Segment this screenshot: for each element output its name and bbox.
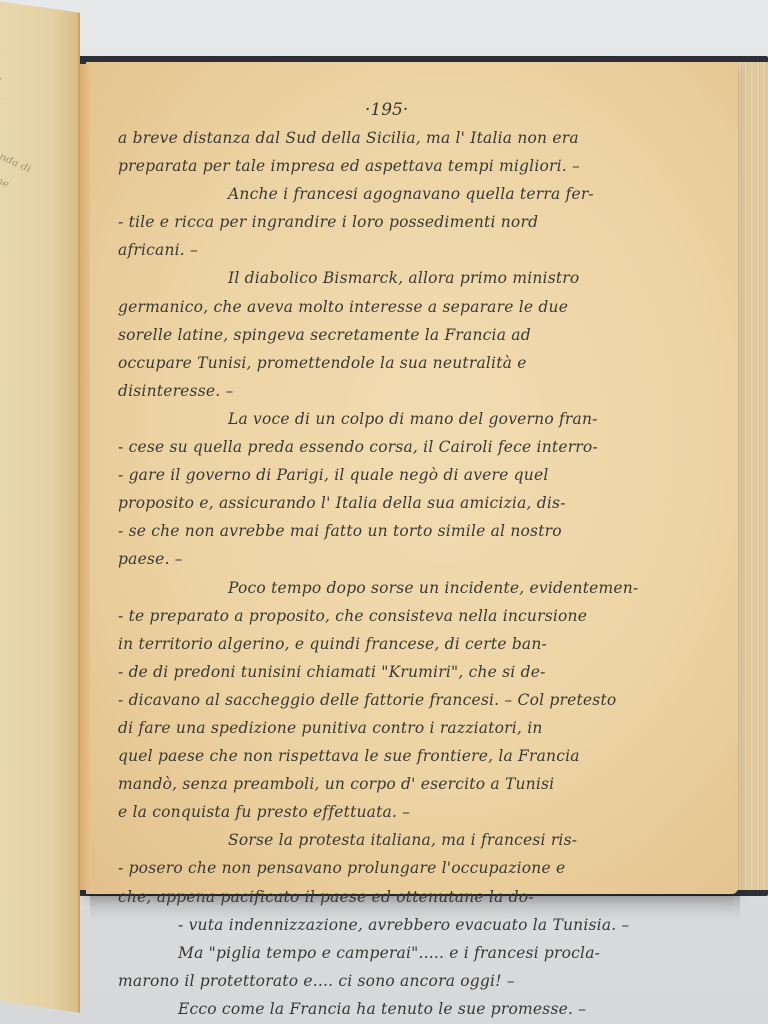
text-line: africani. – [118,236,718,264]
text-line: Ma "piglia tempo e camperai"..... e i fr… [118,939,718,967]
text-line: sorelle latine, spingeva secretamente la… [118,321,718,349]
page-stack-edge [735,62,768,890]
text-line: marono il protettorato e.... ci sono anc… [118,967,718,995]
text-line: - de di predoni tunisini chiamati "Krumi… [118,658,718,686]
text-line: preparata per tale impresa ed aspettava … [118,152,718,180]
text-line: Ecco come la Francia ha tenuto le sue pr… [118,995,718,1023]
text-line: - cese su quella preda essendo corsa, il… [118,433,718,461]
text-line: - tile e ricca per ingrandire i loro pos… [118,208,718,236]
text-line: - se che non avrebbe mai fatto un torto … [118,517,718,545]
text-line: - te preparato a proposito, che consiste… [118,602,718,630]
text-line: a breve distanza dal Sud della Sicilia, … [118,124,718,152]
left-page-text: di una unità il in un banda di dell'Unio… [0,41,66,271]
text-line: paese. – [118,545,718,573]
text-line: mandò, senza preamboli, un corpo d' eser… [118,770,718,798]
text-line: in territorio algerino, e quindi frances… [118,630,718,658]
text-line: - vuta indennizzazione, avrebbero evacua… [118,911,718,939]
text-line: di fare una spedizione punitiva contro i… [118,714,718,742]
text-line: disinteresse. – [118,377,718,405]
text-line: proposito e, assicurando l' Italia della… [118,489,718,517]
text-line: quel paese che non rispettava le sue fro… [118,742,718,770]
page-number: ·195· [365,100,408,120]
text-line: occupare Tunisi, promettendole la sua ne… [118,349,718,377]
text-line: Sorse la protesta italiana, ma i frances… [118,826,718,854]
text-line: - gare il governo di Parigi, il quale ne… [118,461,718,489]
text-line: e la conquista fu presto effettuata. – [118,798,718,826]
text-line: Il diabolico Bismarck, allora primo mini… [118,264,718,292]
text-line: Anche i francesi agognavano quella terra… [118,180,718,208]
text-line: che, appena pacificato il paese ed otten… [118,883,718,911]
text-line: germanico, che aveva molto interesse a s… [118,293,718,321]
handwritten-text: a breve distanza dal Sud della Sicilia, … [118,124,718,1023]
text-line: - dicavano al saccheggio delle fattorie … [118,686,718,714]
left-page-fragment: di una unità il in un banda di dell'Unio… [0,0,80,1013]
text-line: - posero che non pensavano prolungare l'… [118,854,718,882]
text-line: La voce di un colpo di mano del governo … [118,405,718,433]
text-line: Poco tempo dopo sorse un incidente, evid… [118,574,718,602]
